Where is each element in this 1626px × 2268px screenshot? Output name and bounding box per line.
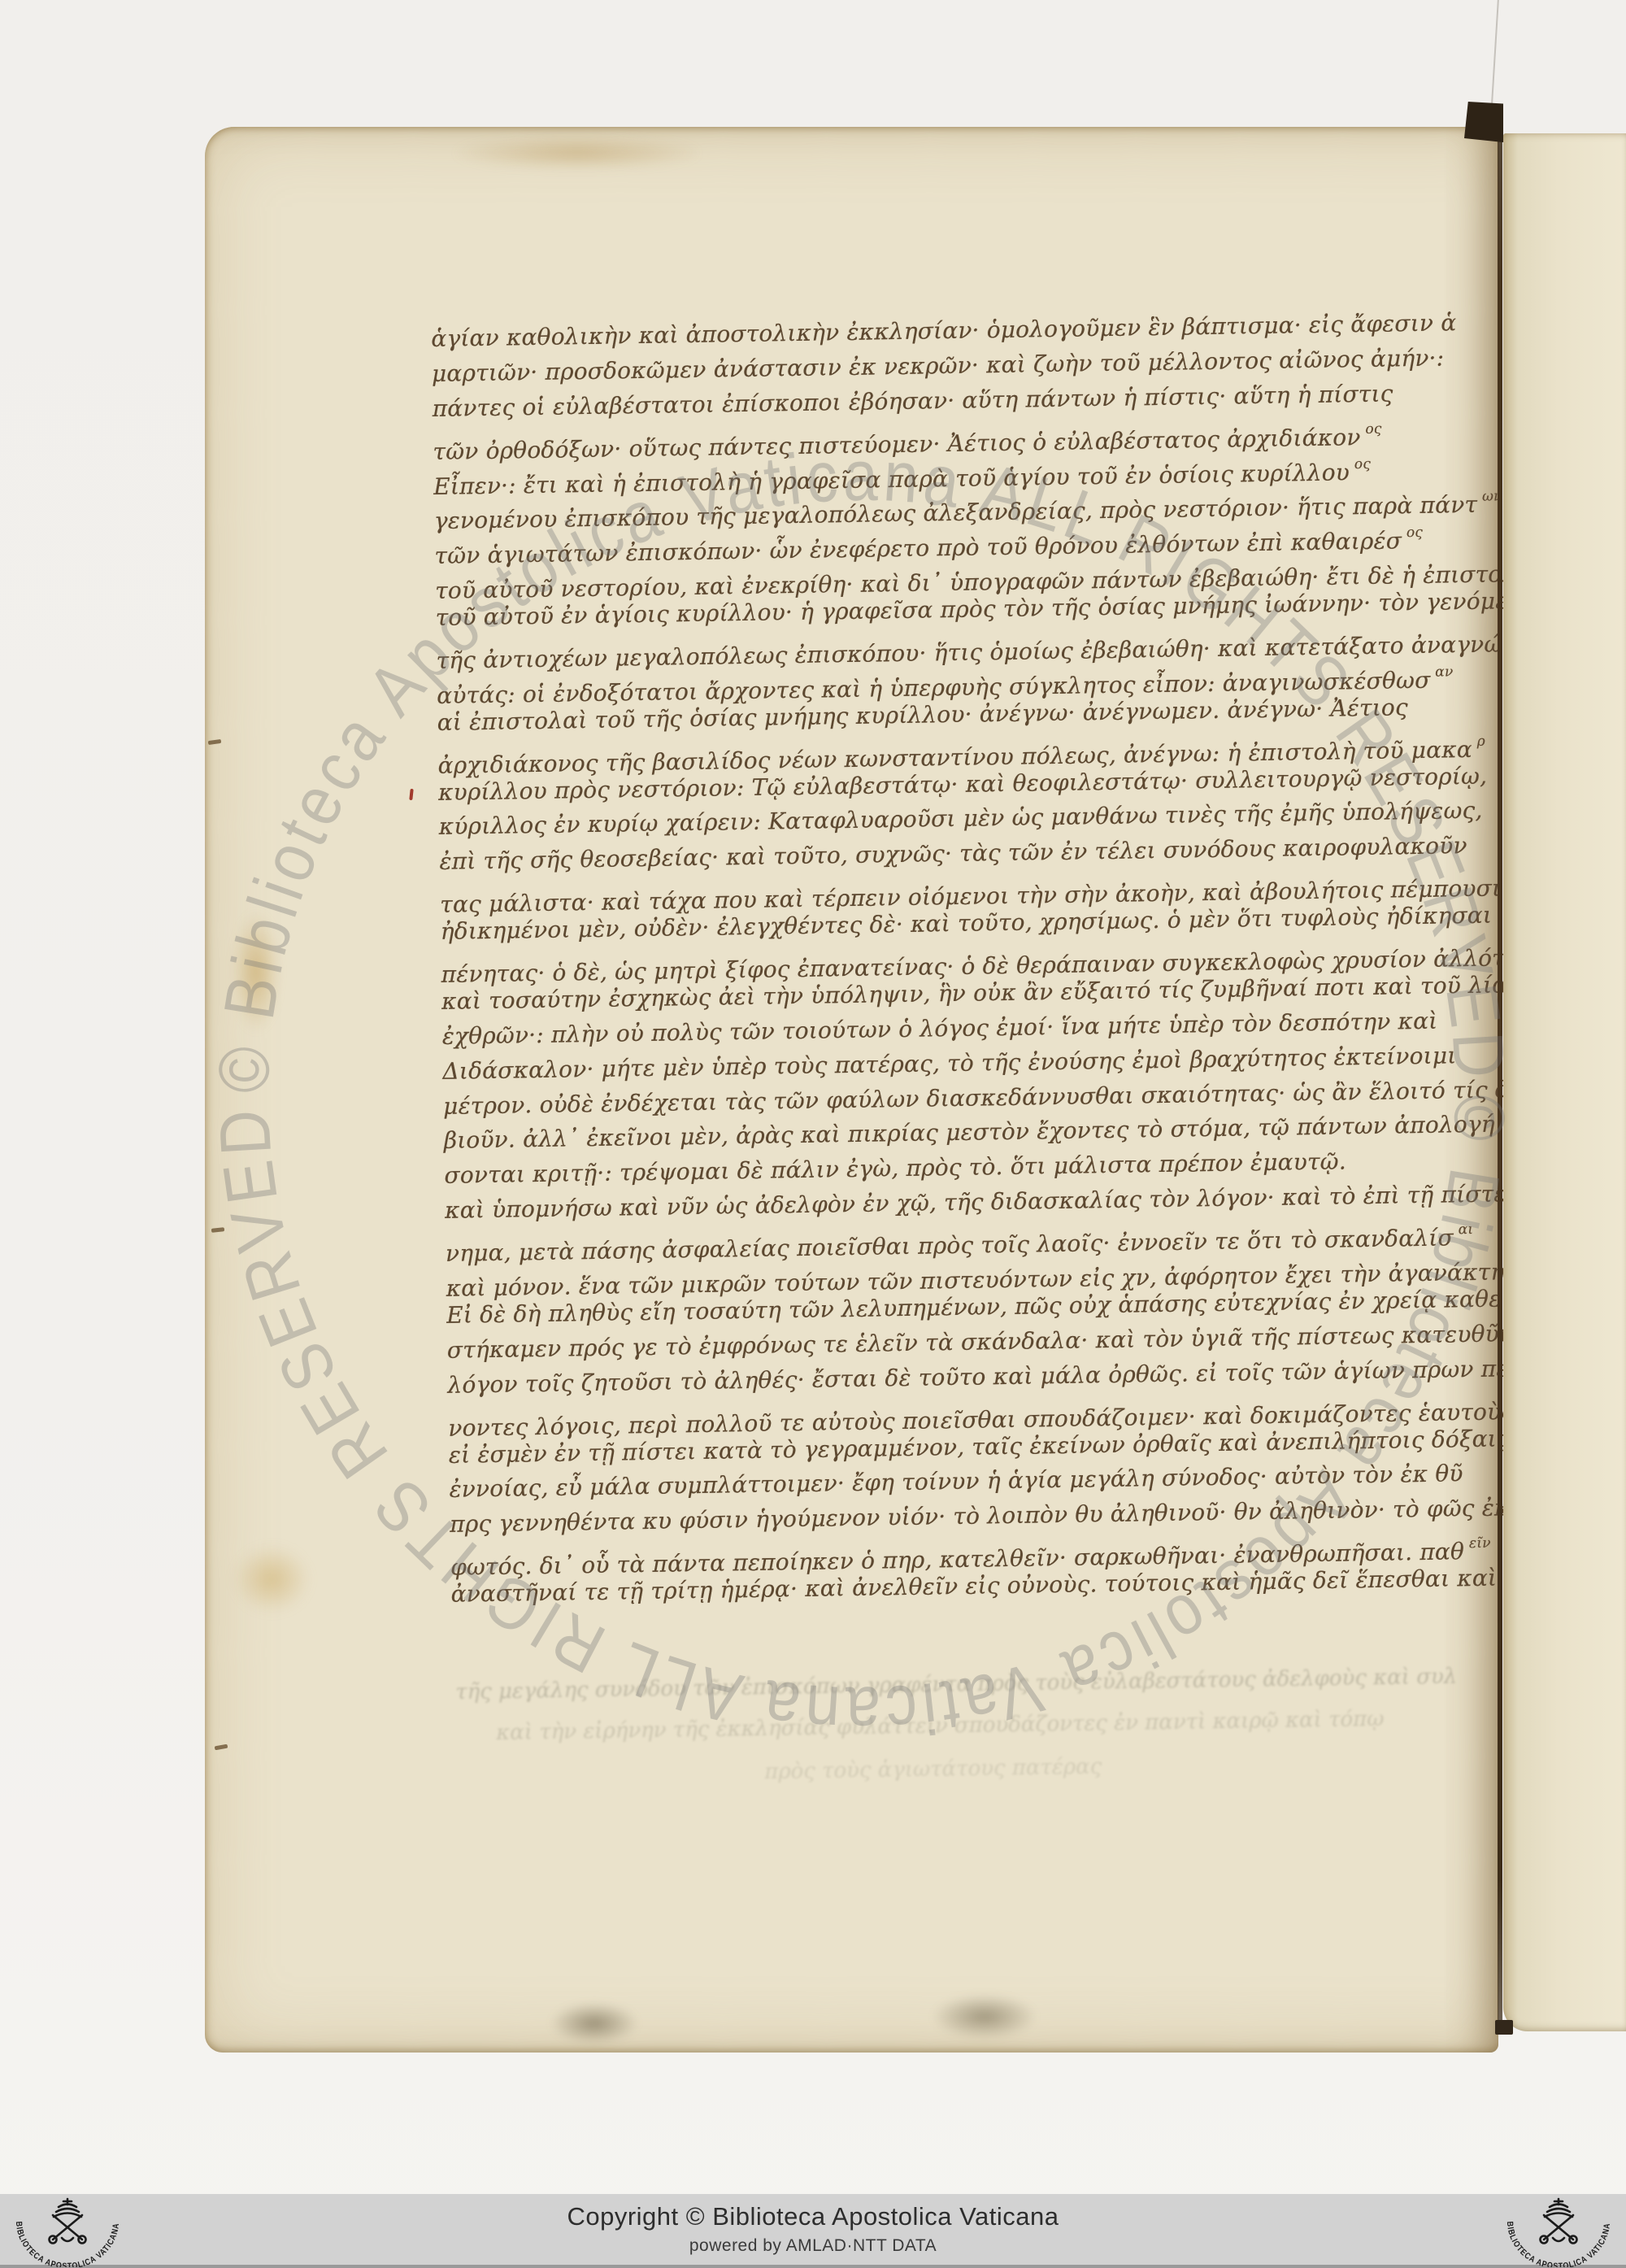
marginal-superscript: ος bbox=[1354, 455, 1371, 472]
vatican-library-logo: BIBLIOTECA APOSTOLICA VATICANA bbox=[1498, 2197, 1619, 2267]
binding-gutter bbox=[1498, 132, 1502, 2031]
marginal-superscript: εῖν bbox=[1469, 1535, 1491, 1552]
marginal-superscript: αν bbox=[1435, 664, 1454, 680]
papal-keys-tiara-icon bbox=[1541, 2199, 1577, 2244]
backdrop-seam-line bbox=[1491, 0, 1499, 106]
copyright-text: Copyright © Biblioteca Apostolica Vatica… bbox=[0, 2202, 1626, 2231]
scanned-page-view: ἁγίαν καθολικὴν καὶ ἀποστολικὴν ἐκκλησία… bbox=[0, 0, 1626, 2268]
powered-by-text: powered by AMLAD·NTT DATA bbox=[0, 2236, 1626, 2256]
footer-bar: Copyright © Biblioteca Apostolica Vatica… bbox=[0, 2194, 1626, 2268]
binding-tab bbox=[1464, 102, 1503, 142]
footer-bottom-strip bbox=[0, 2265, 1626, 2268]
manuscript-text-block: ἁγίαν καθολικὴν καὶ ἀποστολικὴν ἐκκλησία… bbox=[431, 306, 1477, 1613]
marginal-superscript: ρ bbox=[1477, 733, 1486, 749]
papal-keys-tiara-icon bbox=[50, 2199, 86, 2244]
marginal-superscript: αι bbox=[1458, 1221, 1473, 1238]
facing-page-edge bbox=[1503, 133, 1626, 2031]
vatican-library-logo: BIBLIOTECA APOSTOLICA VATICANA bbox=[7, 2197, 128, 2267]
marginal-superscript: ος bbox=[1365, 420, 1381, 437]
marginal-superscript: ος bbox=[1406, 525, 1423, 541]
binding-tab-bottom bbox=[1495, 2020, 1513, 2035]
